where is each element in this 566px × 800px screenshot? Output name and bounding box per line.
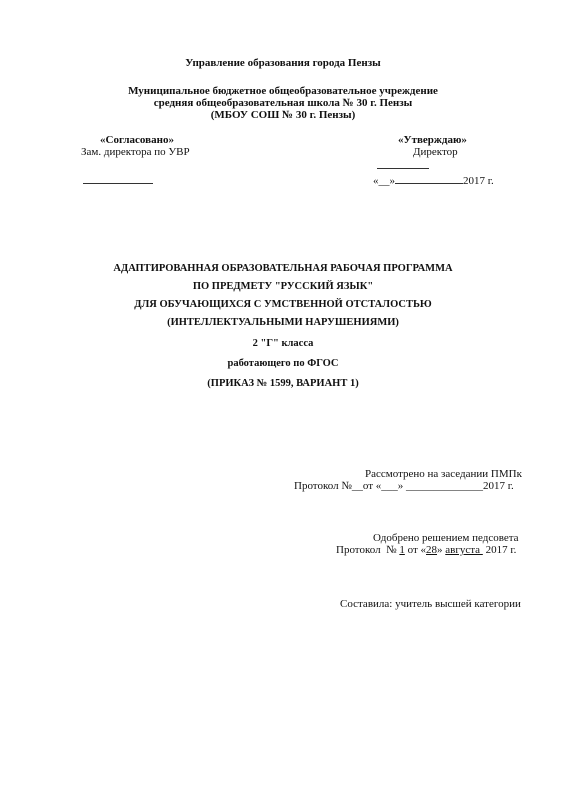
program-title-line-4: (ИНТЕЛЛЕКТУАЛЬНЫМИ НАРУШЕНИЯМИ) <box>0 317 566 328</box>
approved-date-blank <box>395 173 463 184</box>
program-title-line-1: АДАПТИРОВАННАЯ ОБРАЗОВАТЕЛЬНАЯ РАБОЧАЯ П… <box>0 263 566 274</box>
document-page: Управление образования города Пензы Муни… <box>0 0 566 800</box>
department-name: Управление образования города Пензы <box>0 57 566 70</box>
approved-role: Директор <box>413 146 458 159</box>
pmpk-protocol: Протокол №__от «___» ______________2017 … <box>294 480 514 493</box>
approved-date-suffix: 2017 г. <box>463 175 494 187</box>
council-protocol-from: от « <box>405 544 426 556</box>
council-protocol-day: 28 <box>426 544 437 556</box>
council-protocol-prefix: Протокол № <box>336 544 399 556</box>
approved-signature-line <box>377 168 429 169</box>
program-title-line-2: ПО ПРЕДМЕТУ "РУССКИЙ ЯЗЫК" <box>0 281 566 292</box>
program-class: 2 "Г" класса <box>0 338 566 349</box>
council-protocol-month: августа <box>445 544 483 556</box>
institution-line-3: (МБОУ СОШ № 30 г. Пензы) <box>0 109 566 122</box>
approved-date-prefix: «__» <box>373 175 395 187</box>
agreed-role: Зам. директора по УВР <box>81 146 190 159</box>
agreed-signature-line <box>83 183 153 184</box>
program-title-line-3: ДЛЯ ОБУЧАЮЩИХСЯ С УМСТВЕННОЙ ОТСТАЛОСТЬЮ <box>0 299 566 310</box>
program-order: (ПРИКАЗ № 1599, ВАРИАНТ 1) <box>0 378 566 389</box>
council-protocol: Протокол № 1 от «28» августа 2017 г. <box>336 544 516 557</box>
program-standard: работающего по ФГОС <box>0 358 566 369</box>
approved-date-row: «__»2017 г. <box>373 173 494 188</box>
council-protocol-year: 2017 г. <box>483 544 517 556</box>
author-line: Составила: учитель высшей категории <box>340 598 521 611</box>
